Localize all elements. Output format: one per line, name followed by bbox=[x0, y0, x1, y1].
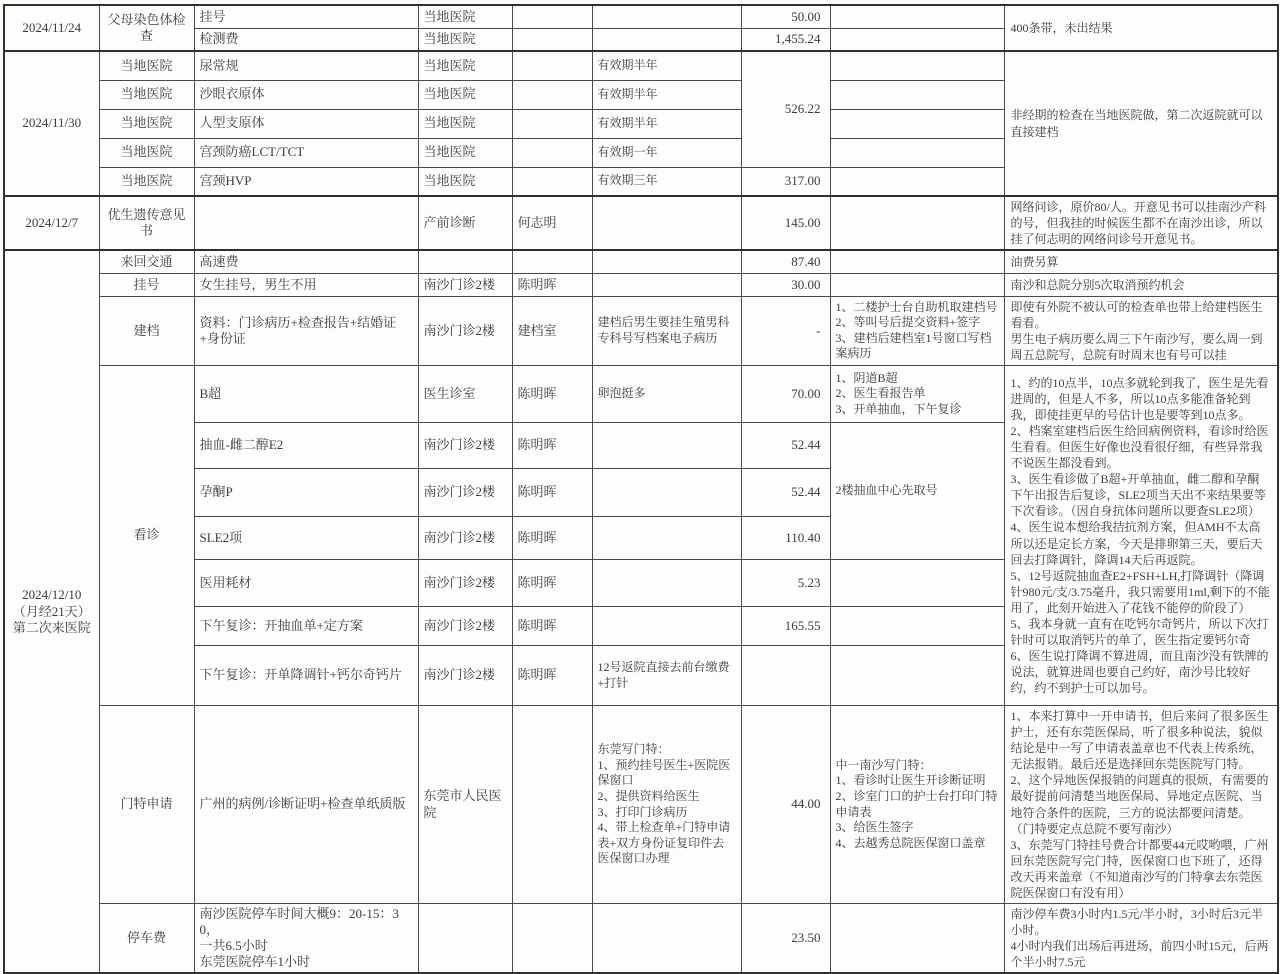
cell-note bbox=[592, 560, 741, 607]
cell-steps bbox=[830, 167, 1004, 196]
cell-item: 下午复诊：开抽血单+定方案 bbox=[194, 607, 418, 646]
cell-note bbox=[592, 28, 741, 51]
cell-person bbox=[512, 80, 592, 109]
cell-location: 南沙门诊2楼 bbox=[418, 646, 512, 706]
cell-amount bbox=[741, 646, 830, 706]
cell-location: 当地医院 bbox=[418, 109, 512, 138]
cell-location: 当地医院 bbox=[418, 167, 512, 196]
cell-location bbox=[418, 903, 512, 973]
table-row: 门特申请 广州的病例/诊断证明+检查单纸质版 东莞市人民医院 东莞写门特： 1、… bbox=[4, 706, 1278, 904]
cell-category: 当地医院 bbox=[99, 51, 194, 80]
cell-note bbox=[592, 196, 741, 250]
cell-location: 东莞市人民医院 bbox=[418, 706, 512, 904]
cell-item: 孕酮P bbox=[194, 469, 418, 517]
cell-person: 何志明 bbox=[512, 196, 592, 250]
cell-location: 当地医院 bbox=[418, 28, 512, 51]
cell-date: 2024/11/30 bbox=[4, 51, 99, 196]
cell-amount: 50.00 bbox=[741, 5, 830, 28]
cell-category: 当地医院 bbox=[99, 80, 194, 109]
cell-location: 南沙门诊2楼 bbox=[418, 560, 512, 607]
cell-amount: 110.40 bbox=[741, 517, 830, 560]
cell-item: 资料：门诊病历+检查报告+结婚证+身份证 bbox=[194, 296, 418, 365]
table-row: 2024/11/24 父母染色体检查 挂号 当地医院 50.00 400条带，未… bbox=[4, 5, 1278, 28]
cell-remark: 即使有外院不被认可的检查单也带上给建档医生看看。 男生电子病历要么周三下午南沙写… bbox=[1004, 296, 1278, 365]
cell-person: 陈明晖 bbox=[512, 517, 592, 560]
cell-location: 南沙门诊2楼 bbox=[418, 273, 512, 296]
table-row: 2024/12/10（月经21天）第二次来医院 来回交通 高速费 87.40 油… bbox=[4, 250, 1278, 273]
cell-steps bbox=[830, 51, 1004, 80]
cell-note: 东莞写门特： 1、预约挂号医生+医院医保窗口 2、提供资料给医生 3、打印门诊病… bbox=[592, 706, 741, 904]
cell-note bbox=[592, 517, 741, 560]
cell-amount: 317.00 bbox=[741, 167, 830, 196]
cell-item: 挂号 bbox=[194, 5, 418, 28]
cell-item: B超 bbox=[194, 366, 418, 423]
table-row: 停车费 南沙医院停车时间大概9：20-15：30， 一共6.5小时 东莞医院停车… bbox=[4, 903, 1278, 973]
cell-steps bbox=[830, 646, 1004, 706]
cell-note bbox=[592, 423, 741, 469]
cell-person: 建档室 bbox=[512, 296, 592, 365]
cell-date: 2024/12/10（月经21天）第二次来医院 bbox=[4, 250, 99, 973]
cell-amount: 165.55 bbox=[741, 607, 830, 646]
cell-item bbox=[194, 196, 418, 250]
cell-location: 南沙门诊2楼 bbox=[418, 469, 512, 517]
cell-location: 当地医院 bbox=[418, 5, 512, 28]
cell-item: 广州的病例/诊断证明+检查单纸质版 bbox=[194, 706, 418, 904]
cell-person bbox=[512, 109, 592, 138]
cell-item: 尿常规 bbox=[194, 51, 418, 80]
cell-note: 卵泡挺多 bbox=[592, 366, 741, 423]
cell-amount: 23.50 bbox=[741, 903, 830, 973]
cell-remark: 油费另算 bbox=[1004, 250, 1278, 273]
cell-item: 下午复诊：开单降调针+钙尔奇钙片 bbox=[194, 646, 418, 706]
cell-remark: 400条带，未出结果 bbox=[1004, 5, 1278, 51]
cell-remark: 1、约的10点半，10点多就轮到我了，医生是先看进周的，但是人不多，所以10点多… bbox=[1004, 366, 1278, 706]
cell-category: 当地医院 bbox=[99, 109, 194, 138]
cell-item: SLE2项 bbox=[194, 517, 418, 560]
cell-category: 优生遗传意见书 bbox=[99, 196, 194, 250]
cell-steps bbox=[830, 903, 1004, 973]
cell-person: 陈明晖 bbox=[512, 366, 592, 423]
cell-category: 停车费 bbox=[99, 903, 194, 973]
cell-remark: 1、本来打算中一开申请书，但后来问了很多医生护士，还有东莞医保局，听了很多种说法… bbox=[1004, 706, 1278, 904]
cell-steps: 1、阴道B超 2、医生看报告单 3、开单抽血，下午复诊 bbox=[830, 366, 1004, 423]
cell-steps bbox=[830, 196, 1004, 250]
cell-location: 南沙门诊2楼 bbox=[418, 607, 512, 646]
cell-steps: 2楼抽血中心先取号 bbox=[830, 423, 1004, 560]
cell-person: 陈明晖 bbox=[512, 560, 592, 607]
cell-note: 有效期一年 bbox=[592, 138, 741, 167]
cell-category: 挂号 bbox=[99, 273, 194, 296]
cell-location: 南沙门诊2楼 bbox=[418, 517, 512, 560]
cell-person bbox=[512, 138, 592, 167]
cell-amount: 87.40 bbox=[741, 250, 830, 273]
cell-person: 陈明晖 bbox=[512, 273, 592, 296]
table-row: 2024/11/30 当地医院 尿常规 当地医院 有效期半年 526.22 非经… bbox=[4, 51, 1278, 80]
cell-person: 陈明晖 bbox=[512, 607, 592, 646]
cell-person: 陈明晖 bbox=[512, 423, 592, 469]
cell-location: 当地医院 bbox=[418, 80, 512, 109]
cell-person bbox=[512, 903, 592, 973]
cell-category: 当地医院 bbox=[99, 167, 194, 196]
cell-category: 父母染色体检查 bbox=[99, 5, 194, 51]
cell-amount: 30.00 bbox=[741, 273, 830, 296]
cell-remark: 南沙停车费3小时内1.5元/半小时，3小时后3元半小时。 4小时内我们出场后再进… bbox=[1004, 903, 1278, 973]
table-row: 2024/12/7 优生遗传意见书 产前诊断 何志明 145.00 网络问诊，原… bbox=[4, 196, 1278, 250]
cell-steps bbox=[830, 273, 1004, 296]
cell-note bbox=[592, 903, 741, 973]
cell-steps bbox=[830, 138, 1004, 167]
cell-item: 女生挂号，男生不用 bbox=[194, 273, 418, 296]
cell-date: 2024/11/24 bbox=[4, 5, 99, 51]
table-row: 看诊 B超 医生诊室 陈明晖 卵泡挺多 70.00 1、阴道B超 2、医生看报告… bbox=[4, 366, 1278, 423]
cell-note bbox=[592, 5, 741, 28]
cell-amount: - bbox=[741, 296, 830, 365]
cell-person bbox=[512, 250, 592, 273]
cell-note bbox=[592, 469, 741, 517]
cell-category: 当地医院 bbox=[99, 138, 194, 167]
cell-steps bbox=[830, 28, 1004, 51]
cell-category: 建档 bbox=[99, 296, 194, 365]
cell-note: 有效期三年 bbox=[592, 167, 741, 196]
cell-location bbox=[418, 250, 512, 273]
cell-location: 当地医院 bbox=[418, 51, 512, 80]
cell-note: 建档后男生要挂生殖男科专科号写档案电子病历 bbox=[592, 296, 741, 365]
cell-category: 门特申请 bbox=[99, 706, 194, 904]
cell-location: 医生诊室 bbox=[418, 366, 512, 423]
cell-amount: 52.44 bbox=[741, 469, 830, 517]
cell-amount: 526.22 bbox=[741, 51, 830, 167]
cell-location: 南沙门诊2楼 bbox=[418, 296, 512, 365]
cell-steps bbox=[830, 80, 1004, 109]
expense-table: 2024/11/24 父母染色体检查 挂号 当地医院 50.00 400条带，未… bbox=[3, 4, 1279, 974]
cell-item: 南沙医院停车时间大概9：20-15：30， 一共6.5小时 东莞医院停车1小时 bbox=[194, 903, 418, 973]
cell-note bbox=[592, 273, 741, 296]
cell-note: 12号返院直接去前台缴费+打针 bbox=[592, 646, 741, 706]
cell-steps bbox=[830, 607, 1004, 646]
cell-amount: 70.00 bbox=[741, 366, 830, 423]
cell-remark: 非经期的检查在当地医院做，第二次返院就可以直接建档 bbox=[1004, 51, 1278, 196]
cell-steps: 1、二楼护士台自助机取建档号 2、等叫号后提交资料+签字 3、建档后建档室1号窗… bbox=[830, 296, 1004, 365]
cell-item: 宫颈HVP bbox=[194, 167, 418, 196]
cell-person bbox=[512, 167, 592, 196]
cell-note: 有效期半年 bbox=[592, 109, 741, 138]
cell-item: 高速费 bbox=[194, 250, 418, 273]
cell-item: 人型支原体 bbox=[194, 109, 418, 138]
cell-amount: 52.44 bbox=[741, 423, 830, 469]
cell-date: 2024/12/7 bbox=[4, 196, 99, 250]
cell-note: 有效期半年 bbox=[592, 51, 741, 80]
cell-note: 有效期半年 bbox=[592, 80, 741, 109]
table-row: 挂号 女生挂号，男生不用 南沙门诊2楼 陈明晖 30.00 南沙和总院分别5次取… bbox=[4, 273, 1278, 296]
cell-amount: 5.23 bbox=[741, 560, 830, 607]
cell-item: 宫颈防癌LCT/TCT bbox=[194, 138, 418, 167]
cell-person bbox=[512, 706, 592, 904]
cell-person bbox=[512, 5, 592, 28]
cell-steps: 中一南沙写门特： 1、看诊时让医生开诊断证明 2、诊室门口的护士台打印门特申请表… bbox=[830, 706, 1004, 904]
cell-item: 检测费 bbox=[194, 28, 418, 51]
cell-steps bbox=[830, 5, 1004, 28]
cell-steps bbox=[830, 109, 1004, 138]
cell-steps bbox=[830, 250, 1004, 273]
cell-item: 沙眼衣原体 bbox=[194, 80, 418, 109]
cell-item: 抽血-雌二醇E2 bbox=[194, 423, 418, 469]
cell-person: 陈明晖 bbox=[512, 469, 592, 517]
cell-steps bbox=[830, 560, 1004, 607]
cell-note bbox=[592, 607, 741, 646]
cell-note bbox=[592, 250, 741, 273]
cell-remark: 南沙和总院分别5次取消预约机会 bbox=[1004, 273, 1278, 296]
cell-category: 来回交通 bbox=[99, 250, 194, 273]
cell-person bbox=[512, 51, 592, 80]
cell-item: 医用耗材 bbox=[194, 560, 418, 607]
cell-location: 当地医院 bbox=[418, 138, 512, 167]
cell-category: 看诊 bbox=[99, 366, 194, 706]
cell-person bbox=[512, 28, 592, 51]
cell-amount: 145.00 bbox=[741, 196, 830, 250]
cell-amount: 1,455.24 bbox=[741, 28, 830, 51]
cell-remark: 网络问诊，原价80/人。开意见书可以挂南沙产科的号，但我挂的时候医生都不在南沙出… bbox=[1004, 196, 1278, 250]
cell-location: 南沙门诊2楼 bbox=[418, 423, 512, 469]
cell-person: 陈明晖 bbox=[512, 646, 592, 706]
cell-location: 产前诊断 bbox=[418, 196, 512, 250]
table-row: 建档 资料：门诊病历+检查报告+结婚证+身份证 南沙门诊2楼 建档室 建档后男生… bbox=[4, 296, 1278, 365]
cell-amount: 44.00 bbox=[741, 706, 830, 904]
